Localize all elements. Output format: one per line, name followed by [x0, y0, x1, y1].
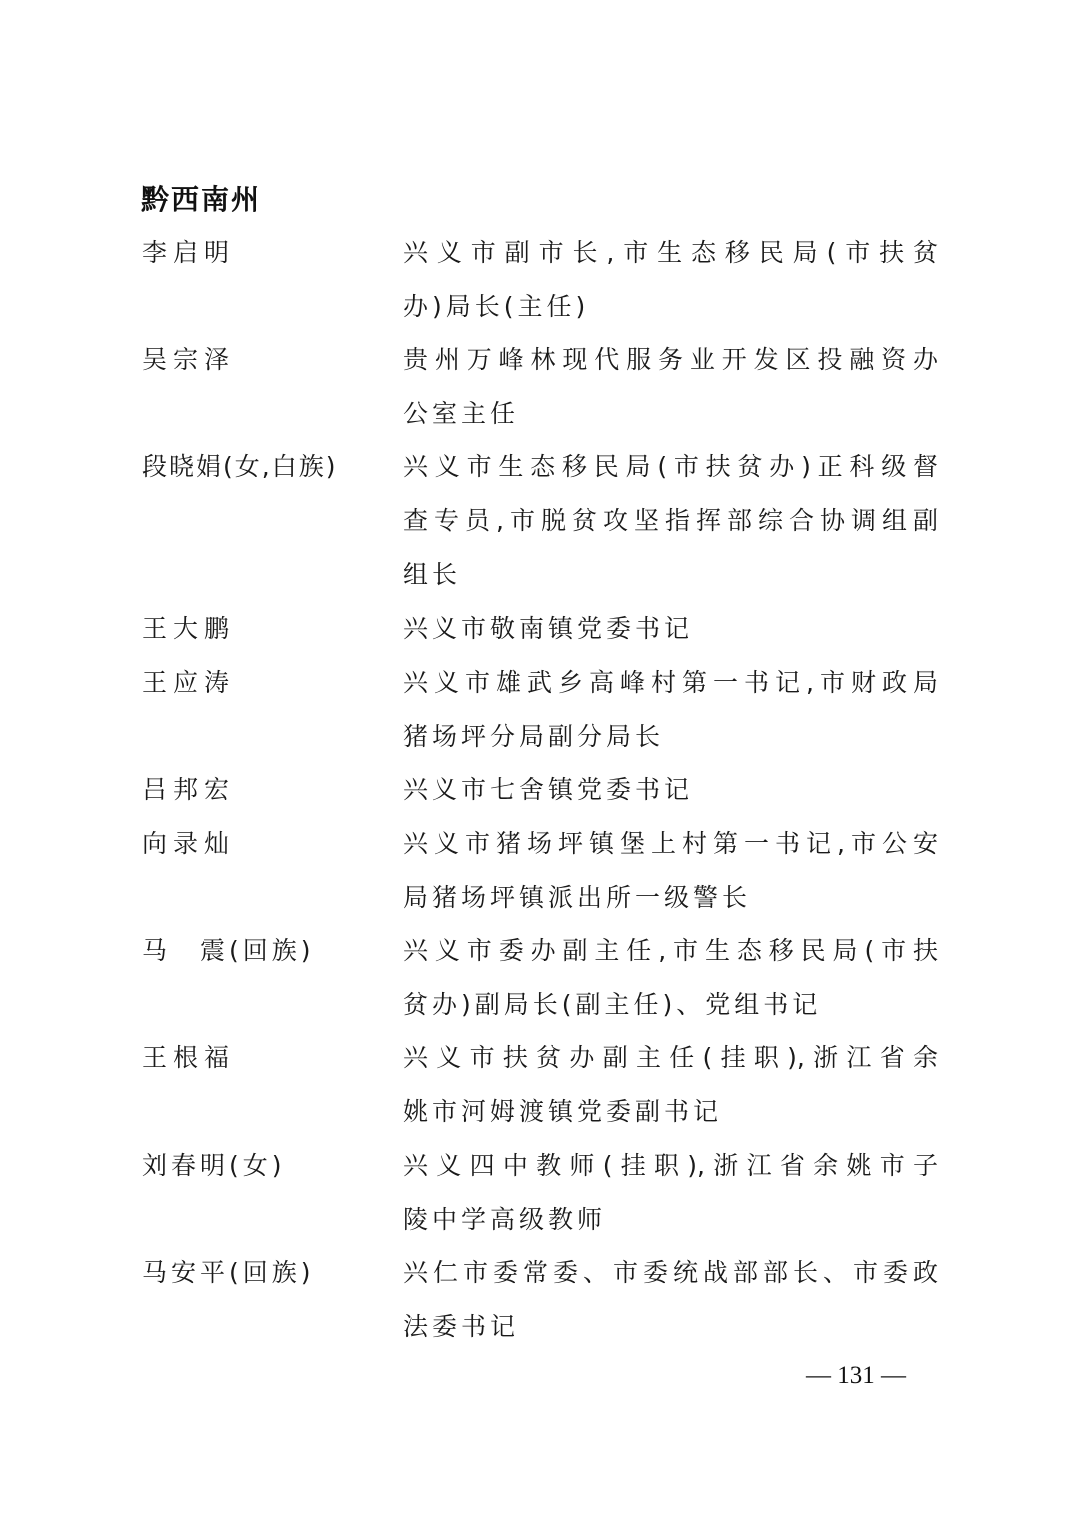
person-position-line: 兴义市扶贫办副主任(挂职),浙江省余 [403, 1040, 938, 1076]
person-name: 吕邦宏 [142, 772, 235, 808]
person-position-line: 兴义市敬南镇党委书记 [403, 611, 938, 647]
person-position-line: 兴义市七舍镇党委书记 [403, 772, 938, 808]
page-number: — 131 — [806, 1361, 906, 1391]
person-position-line: 兴义市副市长,市生态移民局(市扶贫 [403, 235, 938, 271]
person-position-line: 办)局长(主任) [403, 289, 938, 325]
person-position-line: 公室主任 [403, 396, 938, 432]
person-name: 马安平(回族) [142, 1255, 315, 1291]
person-position-line: 贵州万峰林现代服务业开发区投融资办 [403, 342, 938, 378]
person-position-line: 猪场坪分局副分局长 [403, 719, 938, 755]
person-name: 王根福 [142, 1040, 235, 1076]
person-name: 李启明 [142, 235, 235, 271]
person-position-line: 查专员,市脱贫攻坚指挥部综合协调组副 [403, 503, 938, 539]
person-name: 刘春明(女) [142, 1148, 286, 1184]
person-position-line: 兴仁市委常委、市委统战部部长、市委政 [403, 1255, 938, 1291]
person-position-line: 姚市河姆渡镇党委副书记 [403, 1094, 938, 1130]
person-name: 马 震(回族) [142, 933, 315, 969]
person-name: 段晓娟(女,白族) [142, 449, 337, 485]
document-page: 黔西南州 李启明 兴义市副市长,市生态移民局(市扶贫 办)局长(主任) 吴宗泽 … [0, 0, 1080, 1527]
person-name: 向录灿 [142, 826, 235, 862]
person-name: 吴宗泽 [142, 342, 235, 378]
person-position-line: 兴义四中教师(挂职),浙江省余姚市子 [403, 1148, 938, 1184]
person-position-line: 兴义市雄武乡高峰村第一书记,市财政局 [403, 665, 938, 701]
person-position-line: 兴义市生态移民局(市扶贫办)正科级督 [403, 449, 938, 485]
person-position-line: 兴义市委办副主任,市生态移民局(市扶 [403, 933, 938, 969]
person-position-line: 兴义市猪场坪镇堡上村第一书记,市公安 [403, 826, 938, 862]
person-name: 王大鹏 [142, 611, 235, 647]
person-position-line: 组长 [403, 557, 938, 593]
person-position-line: 贫办)副局长(副主任)、党组书记 [403, 987, 938, 1023]
person-position-line: 法委书记 [403, 1309, 938, 1345]
person-name: 王应涛 [142, 665, 235, 701]
section-title: 黔西南州 [141, 182, 261, 218]
person-position-line: 陵中学高级教师 [403, 1202, 938, 1238]
person-position-line: 局猪场坪镇派出所一级警长 [403, 880, 938, 916]
